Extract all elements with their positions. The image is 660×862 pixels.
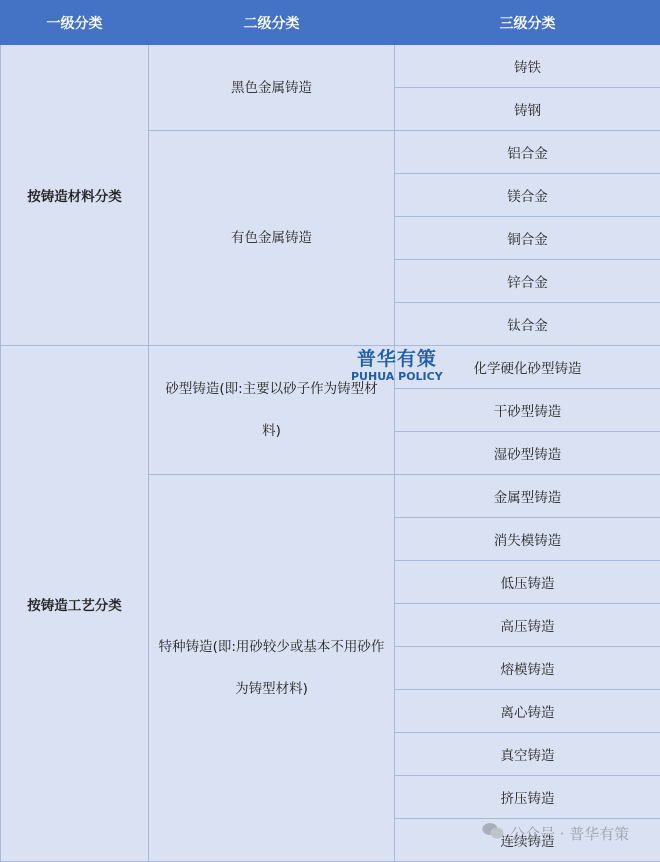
table-row: 按铸造材料分类 黑色金属铸造 铸铁 bbox=[1, 45, 660, 88]
level3-cell: 消失模铸造 bbox=[395, 518, 660, 561]
level3-cell: 铝合金 bbox=[395, 131, 660, 174]
level3-cell: 锌合金 bbox=[395, 260, 660, 303]
table-row: 按铸造工艺分类 砂型铸造(即:主要以砂子作为铸型材料) 化学硬化砂型铸造 bbox=[1, 346, 660, 389]
footer-watermark-text: 公众号 · 普华有策 bbox=[510, 823, 629, 844]
level3-cell: 金属型铸造 bbox=[395, 475, 660, 518]
level2-cell: 砂型铸造(即:主要以砂子作为铸型材料) bbox=[149, 346, 395, 475]
level1-cell: 按铸造材料分类 bbox=[1, 45, 149, 346]
level3-cell: 干砂型铸造 bbox=[395, 389, 660, 432]
level2-cell: 有色金属铸造 bbox=[149, 131, 395, 346]
header-level2: 二级分类 bbox=[149, 1, 395, 45]
level1-cell: 按铸造工艺分类 bbox=[1, 346, 149, 862]
level3-cell: 离心铸造 bbox=[395, 690, 660, 733]
footer-watermark: 公众号 · 普华有策 bbox=[482, 822, 629, 844]
level3-cell: 铜合金 bbox=[395, 217, 660, 260]
header-level1: 一级分类 bbox=[1, 1, 149, 45]
header-level3: 三级分类 bbox=[395, 1, 660, 45]
level3-cell: 熔模铸造 bbox=[395, 647, 660, 690]
level2-cell: 黑色金属铸造 bbox=[149, 45, 395, 131]
level2-cell: 特种铸造(即:用砂较少或基本不用砂作为铸型材料) bbox=[149, 475, 395, 862]
header-row: 一级分类 二级分类 三级分类 bbox=[1, 1, 660, 45]
level3-cell: 高压铸造 bbox=[395, 604, 660, 647]
wechat-icon bbox=[482, 822, 504, 844]
level3-cell: 湿砂型铸造 bbox=[395, 432, 660, 475]
level3-cell: 低压铸造 bbox=[395, 561, 660, 604]
level3-cell: 镁合金 bbox=[395, 174, 660, 217]
level3-cell: 化学硬化砂型铸造 bbox=[395, 346, 660, 389]
level3-cell: 铸铁 bbox=[395, 45, 660, 88]
casting-classification-table: 一级分类 二级分类 三级分类 按铸造材料分类 黑色金属铸造 铸铁 铸钢 有色金属… bbox=[0, 0, 660, 862]
level3-cell: 真空铸造 bbox=[395, 733, 660, 776]
level3-cell: 铸钢 bbox=[395, 88, 660, 131]
level3-cell: 钛合金 bbox=[395, 303, 660, 346]
level3-cell: 挤压铸造 bbox=[395, 776, 660, 819]
